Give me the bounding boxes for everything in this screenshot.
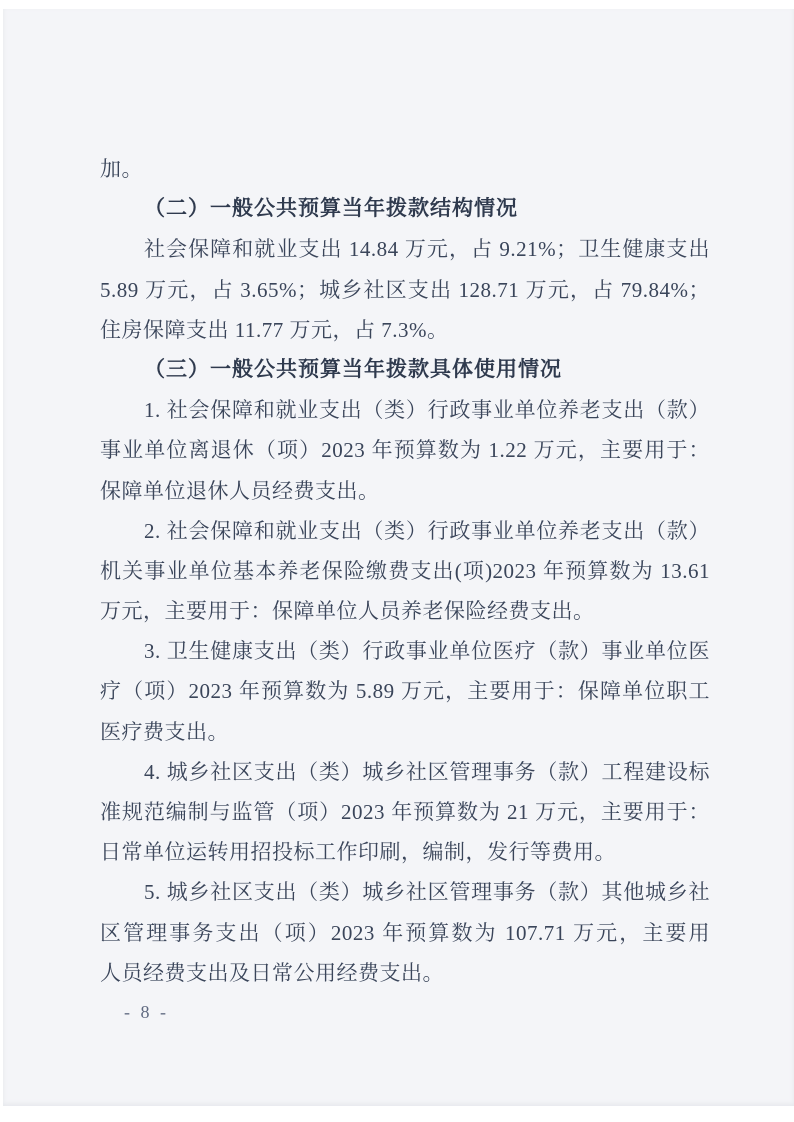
text-line: 5.89 万元，占 3.65%；城乡社区支出 128.71 万元，占 79.84… xyxy=(100,270,710,310)
text-line: 保障单位退休人员经费支出。 xyxy=(100,471,710,511)
section-heading: （三）一般公共预算当年拨款具体使用情况 xyxy=(100,350,710,390)
document-body: 加。（二）一般公共预算当年拨款结构情况社会保障和就业支出 14.84 万元，占 … xyxy=(100,149,710,993)
text-line: 机关事业单位基本养老保险缴费支出(项)2023 年预算数为 13.61 xyxy=(100,551,710,591)
text-line: 住房保障支出 11.77 万元，占 7.3%。 xyxy=(100,310,710,350)
text-line: 3. 卫生健康支出（类）行政事业单位医疗（款）事业单位医 xyxy=(100,631,710,671)
text-line: 医疗费支出。 xyxy=(100,712,710,752)
page-number: - 8 - xyxy=(100,1001,710,1023)
text-line: 准规范编制与监管（项）2023 年预算数为 21 万元，主要用于： xyxy=(100,792,710,832)
text-line: 疗（项）2023 年预算数为 5.89 万元，主要用于：保障单位职工 xyxy=(100,671,710,711)
text-line: 4. 城乡社区支出（类）城乡社区管理事务（款）工程建设标 xyxy=(100,752,710,792)
text-line: 加。 xyxy=(100,149,710,189)
scan-canvas: 加。（二）一般公共预算当年拨款结构情况社会保障和就业支出 14.84 万元，占 … xyxy=(0,0,794,1122)
document-content: 加。（二）一般公共预算当年拨款结构情况社会保障和就业支出 14.84 万元，占 … xyxy=(100,149,710,1023)
text-line: 1. 社会保障和就业支出（类）行政事业单位养老支出（款） xyxy=(100,390,710,430)
text-line: 社会保障和就业支出 14.84 万元，占 9.21%；卫生健康支出 xyxy=(100,229,710,269)
text-line: 万元，主要用于：保障单位人员养老保险经费支出。 xyxy=(100,591,710,631)
text-line: 人员经费支出及日常公用经费支出。 xyxy=(100,953,710,993)
text-line: 事业单位离退休（项）2023 年预算数为 1.22 万元，主要用于： xyxy=(100,430,710,470)
document-page: 加。（二）一般公共预算当年拨款结构情况社会保障和就业支出 14.84 万元，占 … xyxy=(3,9,794,1106)
text-line: 区管理事务支出（项）2023 年预算数为 107.71 万元，主要用于： xyxy=(100,913,710,953)
text-line: 5. 城乡社区支出（类）城乡社区管理事务（款）其他城乡社 xyxy=(100,872,710,912)
section-heading: （二）一般公共预算当年拨款结构情况 xyxy=(100,189,710,229)
text-line: 日常单位运转用招投标工作印刷，编制，发行等费用。 xyxy=(100,832,710,872)
text-line: 2. 社会保障和就业支出（类）行政事业单位养老支出（款） xyxy=(100,511,710,551)
